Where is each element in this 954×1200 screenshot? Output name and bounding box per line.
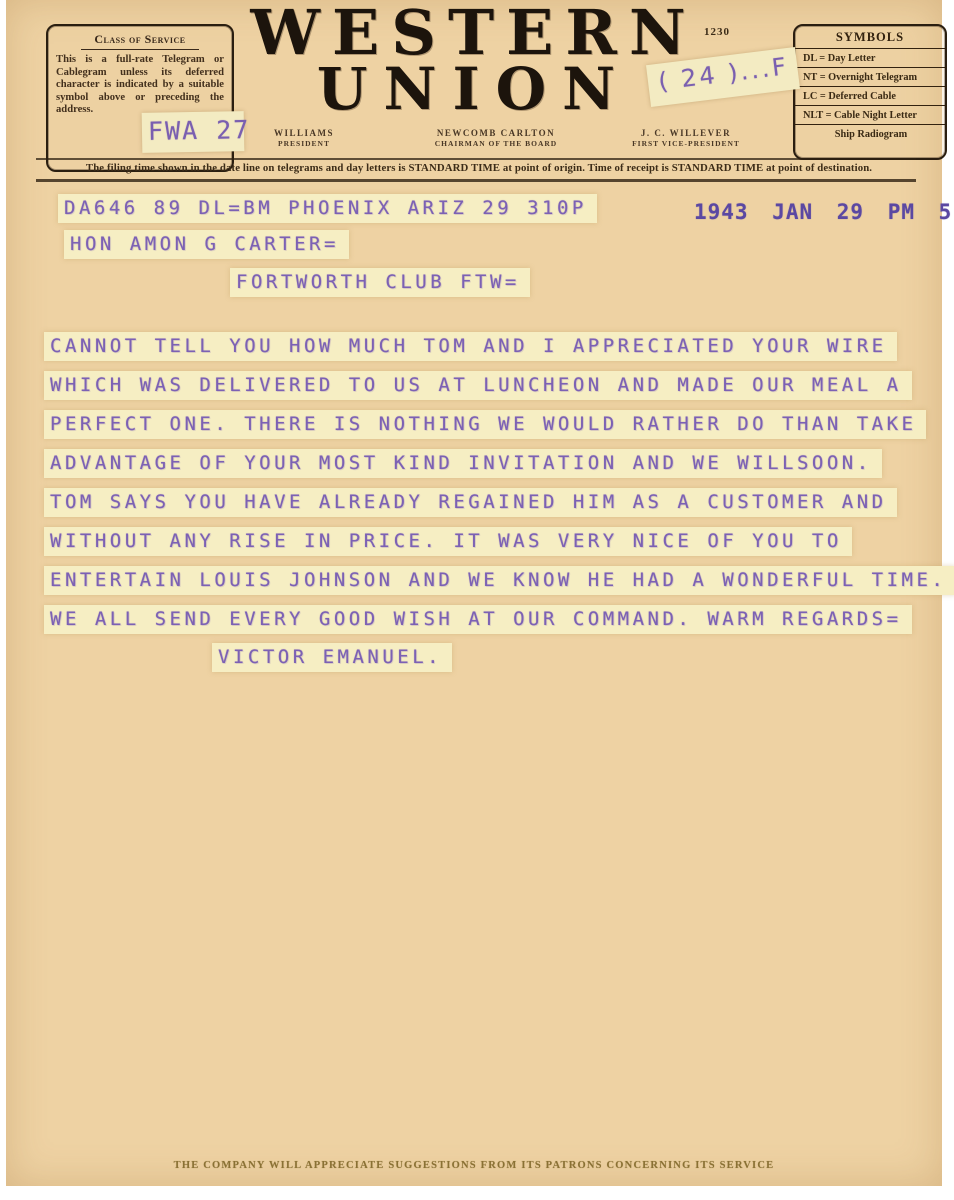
symbols-row: LC = Deferred Cable — [795, 86, 945, 105]
footer-note: THE COMPANY WILL APPRECIATE SUGGESTIONS … — [6, 1160, 942, 1171]
telegram-body-line: WITHOUT ANY RISE IN PRICE. IT WAS VERY N… — [44, 527, 852, 556]
officer-name: WILLIAMS — [244, 128, 364, 138]
horizontal-rule — [36, 158, 916, 160]
routing-stamp: FWA 27 — [148, 115, 251, 146]
received-date-stamp: 1943 JAN 29 PM 5 40 — [694, 200, 954, 224]
standard-time-note: The filing time shown in the date line o… — [47, 162, 911, 174]
telegram-paper: WESTERN UNION 1230 Class of Service This… — [6, 0, 942, 1186]
officer: NEWCOMB CARLTON CHAIRMAN OF THE BOARD — [406, 128, 586, 148]
telegram-body-line: ADVANTAGE OF YOUR MOST KIND INVITATION A… — [44, 449, 882, 478]
symbols-row: NLT = Cable Night Letter — [795, 105, 945, 124]
officer-name: NEWCOMB CARLTON — [406, 128, 586, 138]
officer-title: FIRST VICE-PRESIDENT — [606, 139, 766, 148]
officer-title: CHAIRMAN OF THE BOARD — [406, 139, 586, 148]
symbols-row: DL = Day Letter — [795, 48, 945, 67]
telegram-body-line: WHICH WAS DELIVERED TO US AT LUNCHEON AN… — [44, 371, 912, 400]
class-of-service-body: This is a full-rate Telegram or Cablegra… — [56, 54, 224, 117]
symbols-row: NT = Overnight Telegram — [795, 67, 945, 86]
telegram-recipient: HON AMON G CARTER= — [64, 230, 349, 259]
telegram-body-line: PERFECT ONE. THERE IS NOTHING WE WOULD R… — [44, 410, 926, 439]
telegram-signature: VICTOR EMANUEL. — [212, 643, 452, 672]
telegram-body-line: CANNOT TELL YOU HOW MUCH TOM AND I APPRE… — [44, 332, 897, 361]
symbols-title: SYMBOLS — [795, 26, 945, 48]
telegram-address: FORTWORTH CLUB FTW= — [230, 268, 530, 297]
class-of-service-title: Class of Service — [81, 32, 199, 50]
form-number: 1230 — [704, 26, 730, 38]
officer-title: PRESIDENT — [244, 139, 364, 148]
officer: J. C. WILLEVER FIRST VICE-PRESIDENT — [606, 128, 766, 148]
telegram-routing-line: DA646 89 DL=BM PHOENIX ARIZ 29 310P — [58, 194, 597, 223]
officer: WILLIAMS PRESIDENT — [244, 128, 364, 148]
horizontal-rule — [36, 179, 916, 182]
telegram-body-line: TOM SAYS YOU HAVE ALREADY REGAINED HIM A… — [44, 488, 897, 517]
telegram-body-line: WE ALL SEND EVERY GOOD WISH AT OUR COMMA… — [44, 605, 912, 634]
telegram-body-line: ENTERTAIN LOUIS JOHNSON AND WE KNOW HE H… — [44, 566, 954, 595]
officer-name: J. C. WILLEVER — [606, 128, 766, 138]
